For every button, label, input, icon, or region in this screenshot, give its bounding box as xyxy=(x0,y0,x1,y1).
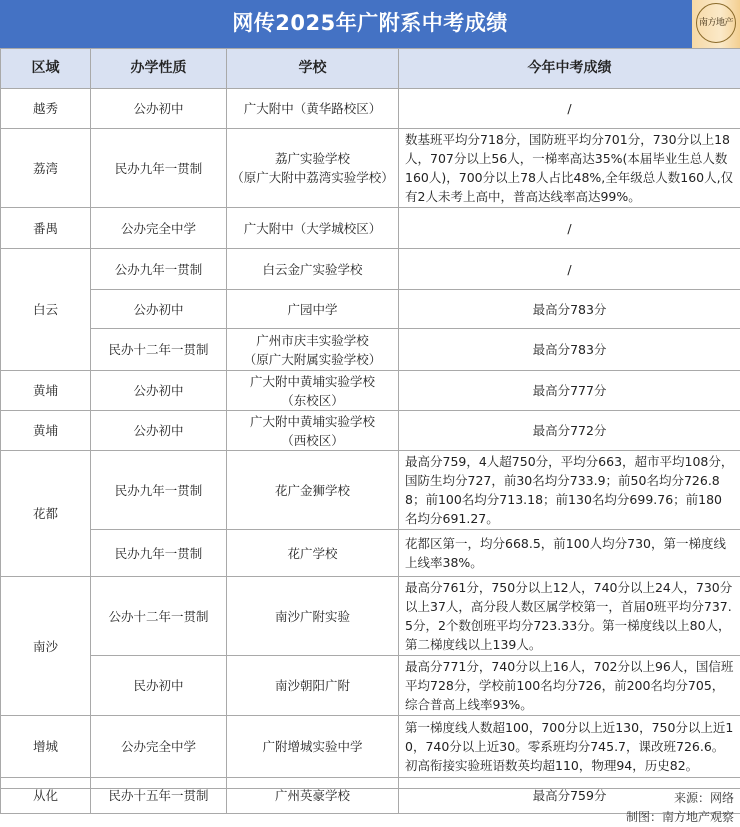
table-row: 花都 民办九年一贯制 花广金狮学校 最高分759，4人超750分，平均分663，… xyxy=(1,451,740,530)
table-row: 白云 公办九年一贯制 白云金广实验学校 / xyxy=(1,249,740,290)
credit-note: 制图：南方地产观察 xyxy=(0,808,740,827)
result-cell: 数基班平均分718分，国防班平均分701分，730分以上18人，707分以上56… xyxy=(399,129,740,208)
result-cell: 最高分759，4人超750分，平均分663，超市平均108分，国防生均分727，… xyxy=(399,451,740,530)
district-cell: 南沙 xyxy=(1,577,91,716)
school-cell: 南沙朝阳广附 xyxy=(227,656,399,716)
district-cell: 黄埔 xyxy=(1,371,91,411)
district-cell: 荔湾 xyxy=(1,129,91,208)
result-cell: 最高分771分，740分以上16人，702分以上96人，国信班平均728分，学校… xyxy=(399,656,740,716)
result-cell: / xyxy=(399,89,740,129)
column-header-type: 办学性质 xyxy=(91,49,227,89)
type-cell: 民办十二年一贯制 xyxy=(91,329,227,371)
type-cell: 民办九年一贯制 xyxy=(91,530,227,577)
school-cell: 荔广实验学校 （原广大附中荔湾实验学校） xyxy=(227,129,399,208)
school-cell: 广大附中（黄华路校区） xyxy=(227,89,399,129)
school-cell: 广大附中（大学城校区） xyxy=(227,208,399,249)
school-cell: 白云金广实验学校 xyxy=(227,249,399,290)
district-cell: 花都 xyxy=(1,451,91,577)
result-cell: / xyxy=(399,208,740,249)
type-cell: 公办九年一贯制 xyxy=(91,249,227,290)
table-row: 黄埔 公办初中 广大附中黄埔实验学校 （西校区） 最高分772分 xyxy=(1,411,740,451)
table-row: 越秀 公办初中 广大附中（黄华路校区） / xyxy=(1,89,740,129)
table-row: 增城 公办完全中学 广附增城实验中学 第一梯度线人数超100，700分以上近13… xyxy=(1,716,740,778)
type-cell: 公办十二年一贯制 xyxy=(91,577,227,656)
district-cell: 黄埔 xyxy=(1,411,91,451)
result-cell: / xyxy=(399,249,740,290)
result-cell: 最高分761分，750分以上12人，740分以上24人，730分以上37人，高分… xyxy=(399,577,740,656)
district-cell: 番禺 xyxy=(1,208,91,249)
school-cell: 广州市庆丰实验学校 （原广大附属实验学校） xyxy=(227,329,399,371)
school-cell: 广附增城实验中学 xyxy=(227,716,399,778)
type-cell: 公办完全中学 xyxy=(91,716,227,778)
table-row: 黄埔 公办初中 广大附中黄埔实验学校 （东校区） 最高分777分 xyxy=(1,371,740,411)
column-header-school: 学校 xyxy=(227,49,399,89)
type-cell: 民办九年一贯制 xyxy=(91,451,227,530)
nanfang-realestate-logo-icon: 南方地产 xyxy=(692,0,740,48)
footer: 来源：网络 制图：南方地产观察 xyxy=(0,788,740,827)
district-cell: 越秀 xyxy=(1,89,91,129)
source-note: 来源：网络 xyxy=(0,789,740,808)
table-row: 荔湾 民办九年一贯制 荔广实验学校 （原广大附中荔湾实验学校） 数基班平均分71… xyxy=(1,129,740,208)
table-row: 民办十二年一贯制 广州市庆丰实验学校 （原广大附属实验学校） 最高分783分 xyxy=(1,329,740,371)
school-cell: 广大附中黄埔实验学校 （东校区） xyxy=(227,371,399,411)
school-cell: 花广学校 xyxy=(227,530,399,577)
type-cell: 公办初中 xyxy=(91,371,227,411)
result-cell: 最高分783分 xyxy=(399,290,740,329)
district-cell: 白云 xyxy=(1,249,91,371)
result-cell: 最高分772分 xyxy=(399,411,740,451)
scores-table: 区域 办学性质 学校 今年中考成绩 越秀 公办初中 广大附中（黄华路校区） / … xyxy=(0,48,740,814)
district-cell: 增城 xyxy=(1,716,91,778)
result-cell: 花都区第一，均分668.5，前100人均分730，第一梯度线上线率38%。 xyxy=(399,530,740,577)
school-cell: 广园中学 xyxy=(227,290,399,329)
column-header-result: 今年中考成绩 xyxy=(399,49,740,89)
school-cell: 南沙广附实验 xyxy=(227,577,399,656)
school-cell: 广大附中黄埔实验学校 （西校区） xyxy=(227,411,399,451)
type-cell: 公办初中 xyxy=(91,89,227,129)
table-row: 民办九年一贯制 花广学校 花都区第一，均分668.5，前100人均分730，第一… xyxy=(1,530,740,577)
logo-text: 南方地产 xyxy=(692,15,740,28)
result-cell: 最高分777分 xyxy=(399,371,740,411)
table-row: 南沙 公办十二年一贯制 南沙广附实验 最高分761分，750分以上12人，740… xyxy=(1,577,740,656)
table-header-row: 区域 办学性质 学校 今年中考成绩 xyxy=(1,49,740,89)
result-cell: 第一梯度线人数超100，700分以上近130，750分以上近10，740分以上近… xyxy=(399,716,740,778)
table-row: 番禺 公办完全中学 广大附中（大学城校区） / xyxy=(1,208,740,249)
table-row: 公办初中 广园中学 最高分783分 xyxy=(1,290,740,329)
type-cell: 公办初中 xyxy=(91,411,227,451)
type-cell: 民办九年一贯制 xyxy=(91,129,227,208)
page-title: 网传2025年广附系中考成绩 xyxy=(0,0,740,48)
type-cell: 公办完全中学 xyxy=(91,208,227,249)
result-cell: 最高分783分 xyxy=(399,329,740,371)
column-header-district: 区域 xyxy=(1,49,91,89)
table-row: 民办初中 南沙朝阳广附 最高分771分，740分以上16人，702分以上96人，… xyxy=(1,656,740,716)
type-cell: 公办初中 xyxy=(91,290,227,329)
school-cell: 花广金狮学校 xyxy=(227,451,399,530)
type-cell: 民办初中 xyxy=(91,656,227,716)
